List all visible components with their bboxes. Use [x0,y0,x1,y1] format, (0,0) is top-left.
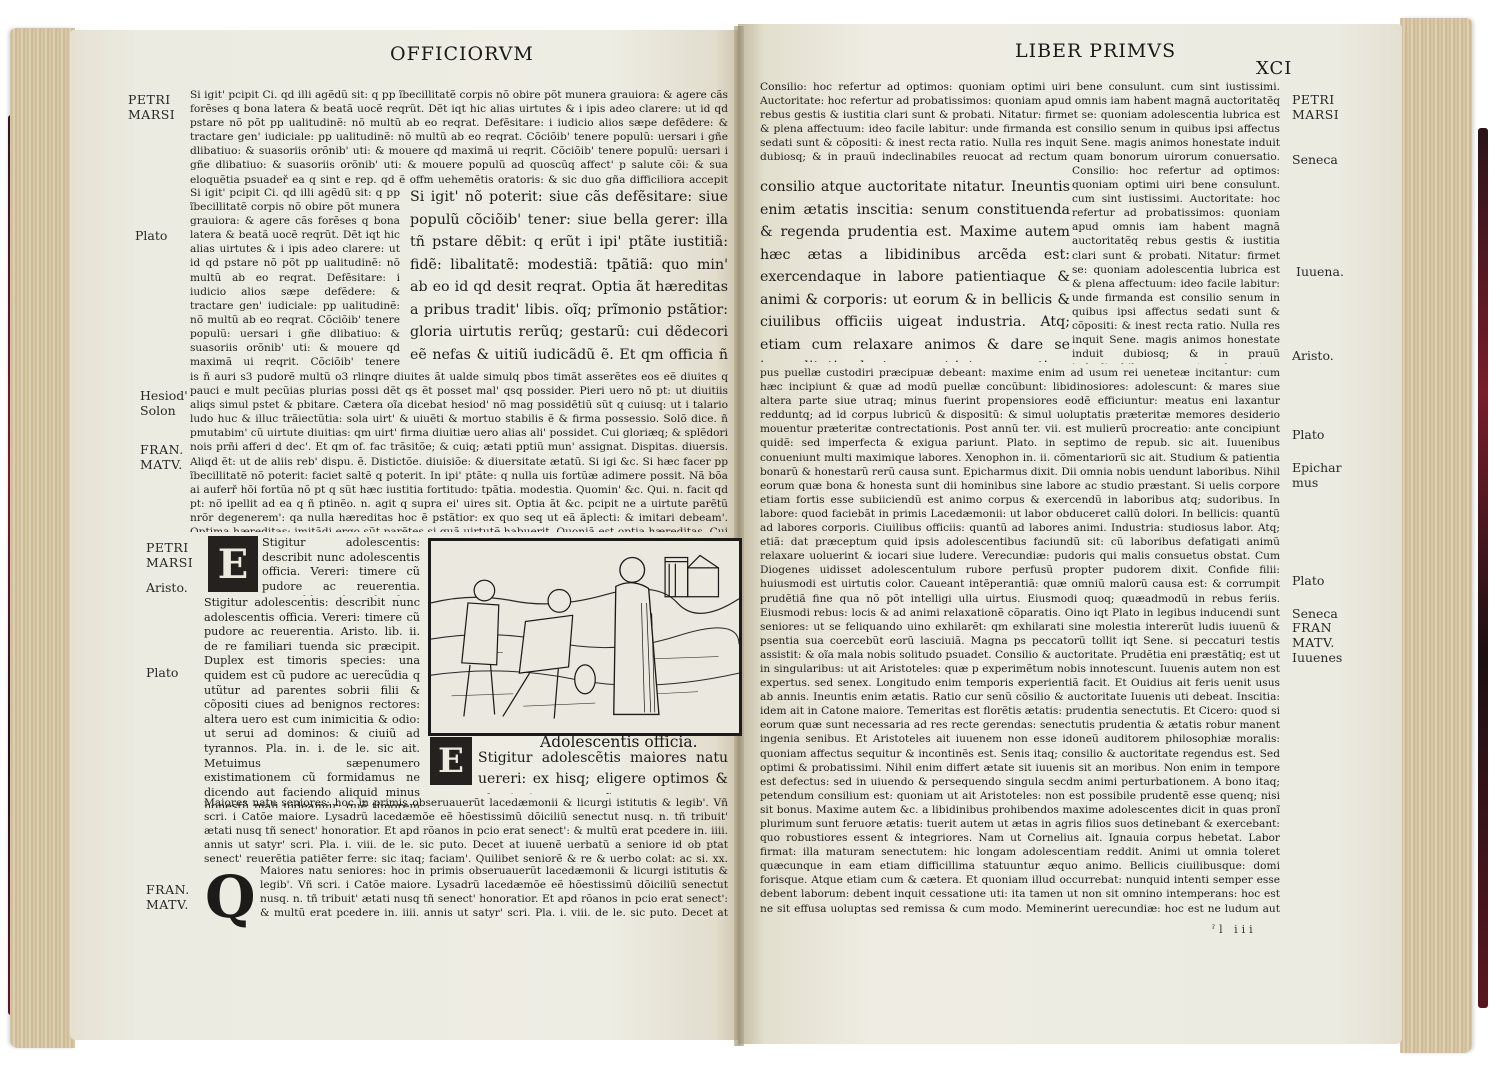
page-edges-left [10,28,75,1048]
commentary-block-side: Consilio: hoc refertur ad optimos: quoni… [1072,164,1280,364]
woodcut-illustration [428,538,742,736]
marginal-note: Aristo. [146,580,188,595]
marginal-note-line: Solon [140,403,188,418]
binding-right [1478,128,1488,1008]
commentary-text: Consilio: hoc refertur ad optimos: quoni… [760,80,1280,164]
commentary-block-top: Consilio: hoc refertur ad optimos: quoni… [760,80,1280,164]
marginal-note: PETRI MARSI [1292,92,1339,122]
commentary-text: pus puellæ custodiri præcipuæ debeant: m… [760,366,1280,918]
marginal-note-line: MATV. [140,457,184,472]
marginal-note: Aristo. [1292,348,1334,363]
marginal-note: PETRI MARSI [128,92,175,122]
commentary-text: Si igit' pcipit Ci. qd illi agẽdũ sit: q… [190,88,728,186]
open-book-spread: OFFICIORVM PETRI MARSI Plato Hesiod' Sol… [0,0,1500,1071]
commentary-block-bottom: pus puellæ custodiri præcipuæ debeant: m… [760,366,1280,918]
marginal-note-line: PETRI [128,92,175,107]
marginal-note-line: Epichar [1292,460,1342,475]
decorated-initial: Q [205,868,256,926]
commentary-text: Consilio: hoc refertur ad optimos: quoni… [1072,164,1280,364]
page-edges-right [1400,18,1472,1053]
main-text: Si igit' nõ poterit: siue cãs defẽsitare… [410,186,728,366]
signature-mark: ˀl iii [1212,923,1257,936]
folio-number: XCI [1256,58,1292,79]
marginal-note: Plato [1292,573,1324,588]
decorated-initial: E [208,536,258,592]
marginal-note-line: PETRI [146,540,193,555]
marginal-note: Seneca [1292,606,1338,621]
commentary-block-final: Maiores natu seniores: hoc in primis obs… [260,864,728,920]
marginal-note-line: FRAN. [140,442,184,457]
commentary-block-bottom: Maiores natu seniores: hoc in primis obs… [204,796,728,864]
marginal-note: PETRI MARSI [146,540,193,570]
marginal-note: Plato [1292,427,1324,442]
running-head-left: OFFICIORVM [390,43,534,65]
running-head-right: LIBER PRIMVS [1015,40,1176,62]
main-text-block-lower: Stigitur adolescẽtis maiores natu uereri… [478,748,728,794]
marginal-note-line: MARSI [128,107,175,122]
decorated-initial: E [430,737,472,785]
book-gutter [734,26,744,1046]
commentary-text: Maiores natu seniores: hoc in primis obs… [260,864,728,920]
marginal-note-line: PETRI [1292,92,1339,107]
marginal-note-line: MATV. [1292,635,1335,650]
commentary-text: Stigitur adolescentis: describit nunc ad… [204,596,420,808]
commentary-block-left-column: Stigitur adolescentis: describit nunc ad… [204,596,420,808]
commentary-text: Si igit' pcipit Ci. qd illi agẽdũ sit: q… [190,186,400,368]
marginal-note: Hesiod' Solon [140,388,188,418]
marginal-note: FRAN MATV. [1292,620,1335,650]
commentary-block-initial: Stigitur adolescentis: describit nunc ad… [262,536,420,596]
main-text-block: Si igit' nõ poterit: siue cãs defẽsitare… [410,186,728,366]
marginal-note: Iuuenes [1292,650,1342,665]
main-text: Stigitur adolescẽtis maiores natu uereri… [478,748,728,794]
main-text-block: consilio atque auctoritate nitatur. Ineu… [760,176,1070,362]
commentary-block-side: Si igit' pcipit Ci. qd illi agẽdũ sit: q… [190,186,400,368]
marginal-note: FRAN. MATV. [140,442,184,472]
commentary-block-top: Si igit' pcipit Ci. qd illi agẽdũ sit: q… [190,88,728,186]
woodcut-scene-icon [431,541,739,733]
marginal-note-line: MATV. [146,897,190,912]
commentary-text: is ñ auri s3 pudorẽ multũ o3 rlinqre diu… [190,370,728,532]
main-text: consilio atque auctoritate nitatur. Ineu… [760,176,1070,362]
marginal-note: Plato [135,228,167,243]
marginal-note: Epichar mus [1292,460,1342,490]
marginal-note-line: Hesiod' [140,388,188,403]
marginal-note-line: MARSI [1292,107,1339,122]
marginal-note: Plato [146,665,178,680]
marginal-note: Seneca [1292,152,1338,167]
marginal-note: Iuuena. [1296,264,1344,279]
commentary-block-middle: is ñ auri s3 pudorẽ multũ o3 rlinqre diu… [190,370,728,532]
marginal-note-line: FRAN. [146,882,190,897]
marginal-note-line: mus [1292,475,1342,490]
commentary-text: Maiores natu seniores: hoc in primis obs… [204,796,728,864]
marginal-note: FRAN. MATV. [146,882,190,912]
marginal-note-line: MARSI [146,555,193,570]
commentary-text: Stigitur adolescentis: describit nunc ad… [262,536,420,596]
marginal-note-line: FRAN [1292,620,1335,635]
